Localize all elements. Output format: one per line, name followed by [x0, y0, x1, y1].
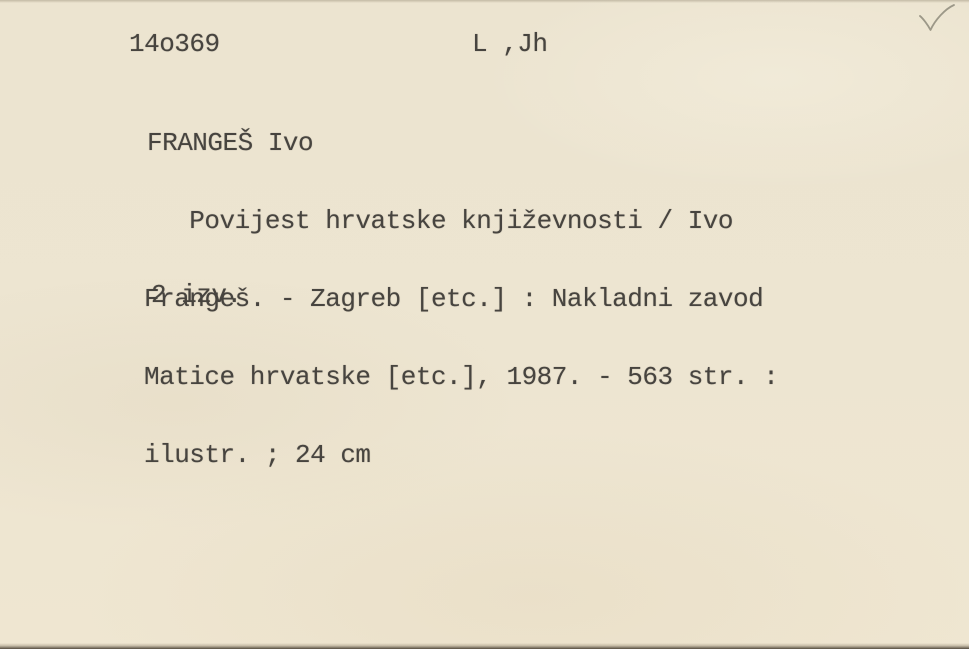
- author-heading: FRANGEŠ Ivo: [147, 130, 313, 156]
- bibliographic-description: Povijest hrvatske književnosti / Ivo Fra…: [144, 156, 778, 520]
- classification-code: L ,Jh: [472, 31, 548, 57]
- bib-line: Matice hrvatske [etc.], 1987. - 563 str.…: [144, 364, 778, 390]
- bib-line: Povijest hrvatske književnosti / Ivo: [144, 208, 778, 234]
- copies-note: 2 izv.: [151, 282, 242, 308]
- bib-line: ilustr. ; 24 cm: [144, 442, 778, 468]
- accession-number: 14o369: [129, 31, 220, 57]
- library-catalog-card: 14o369 L ,Jh FRANGEŠ Ivo Povijest hrvats…: [0, 0, 969, 649]
- checkmark-icon: [916, 2, 958, 34]
